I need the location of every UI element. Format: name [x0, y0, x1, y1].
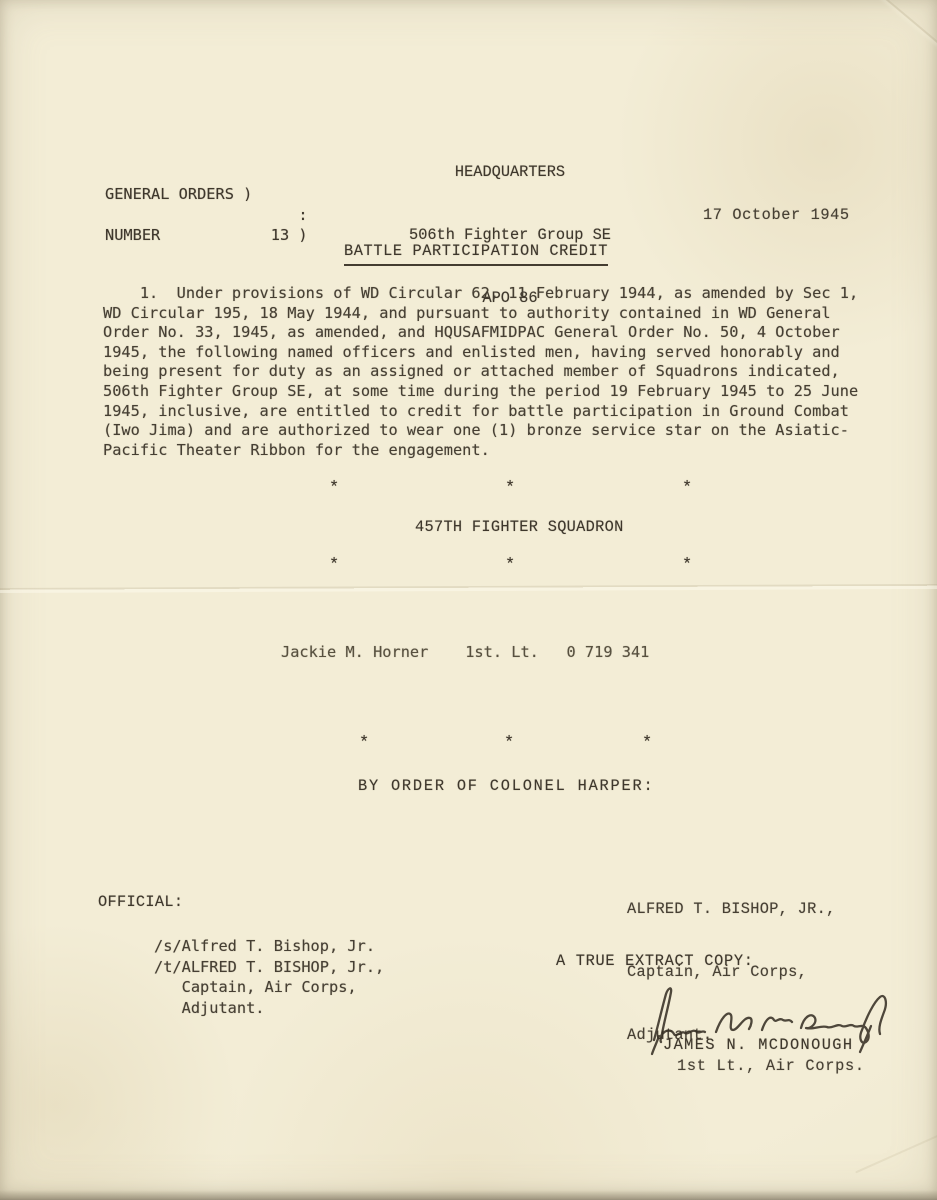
asterisk-separator: *	[505, 556, 515, 576]
asterisk-separator: *	[329, 479, 339, 499]
certifier-rank: 1st Lt., Air Corps.	[677, 1057, 865, 1077]
document-page: HEADQUARTERS 506th Fighter Group SE APO …	[0, 0, 937, 1200]
order-paragraph: 1. Under provisions of WD Circular 62, 1…	[103, 284, 858, 460]
asterisk-separator: *	[682, 556, 692, 576]
official-signature-block: /s/Alfred T. Bishop, Jr. /t/ALFRED T. BI…	[154, 936, 384, 1019]
general-orders-number-block: GENERAL ORDERS ) : NUMBER 13 )	[105, 184, 308, 246]
certifier-typed-name: JAMES N. MCDONOUGH	[663, 1036, 853, 1056]
asterisk-separator: *	[642, 734, 652, 754]
paper-corner-crease-top-right	[860, 0, 937, 62]
asterisk-separator: *	[329, 556, 339, 576]
by-order-line: BY ORDER OF COLONEL HARPER:	[358, 777, 654, 797]
asterisk-separator: *	[504, 734, 514, 754]
true-extract-copy-label: A TRUE EXTRACT COPY:	[556, 952, 754, 972]
paper-corner-crease-bottom-right	[855, 1119, 937, 1174]
asterisk-separator: *	[505, 479, 515, 499]
paper-bottom-edge-shadow	[0, 1190, 937, 1200]
asterisk-separator: *	[359, 734, 369, 754]
adjutant-name: ALFRED T. BISHOP, JR.,	[627, 899, 836, 920]
date-line: 17 October 1945	[703, 206, 850, 226]
headquarters-line: HEADQUARTERS	[330, 162, 690, 183]
squadron-heading: 457TH FIGHTER SQUADRON	[415, 518, 624, 538]
paper-fold-crease	[0, 584, 937, 593]
roster-entry: Jackie M. Horner 1st. Lt. 0 719 341	[281, 643, 649, 663]
official-label: OFFICIAL:	[98, 893, 183, 913]
asterisk-separator: *	[682, 479, 692, 499]
document-title: BATTLE PARTICIPATION CREDIT	[344, 242, 608, 266]
